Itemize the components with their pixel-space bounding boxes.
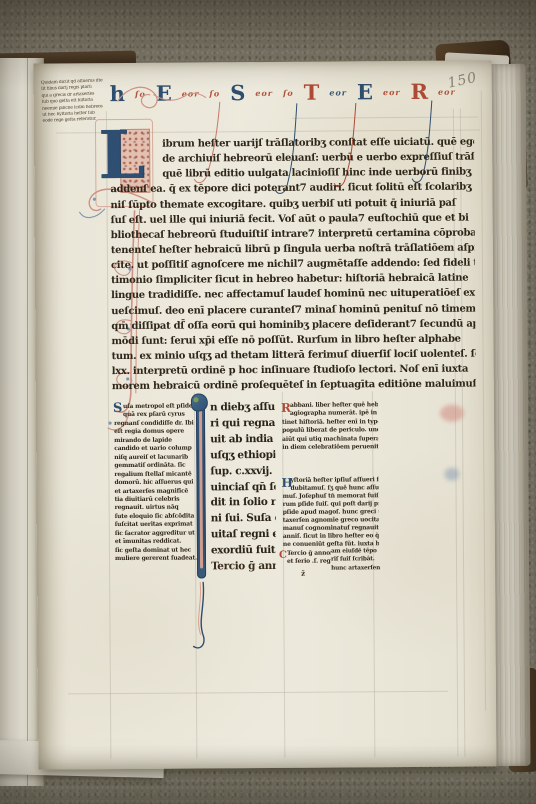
gloss-line: Tercio ḡ annor: [283, 550, 331, 559]
gloss-line: et ſerio .ſ. regni: [283, 558, 331, 567]
gloss-initial-r: R: [281, 401, 291, 415]
running-title-letter: R: [411, 79, 429, 105]
running-title: hſoEeorſoSeorſoTeorEeorReor: [110, 79, 456, 115]
ruling-line-horizontal: [68, 691, 448, 695]
gloss-line: ſuſcitat ueritas exprimat: [115, 521, 197, 530]
bible-line: ri qui regna: [210, 416, 275, 432]
bible-line: uit ab india: [210, 432, 275, 448]
gloss-left-lines: uſa metropol eſt pſidequā rex pſarū cyru…: [114, 402, 197, 563]
bible-line: dit in ſolio reg: [211, 495, 276, 511]
gloss-right-tail: am eiuſdē tēporiſ ſuiſ ſcribāt.hunc arta…: [331, 547, 381, 573]
decorated-initial-i: I: [193, 398, 209, 584]
gloss-line: gemmatiſ ordināta. ſic: [114, 462, 196, 471]
gloss-line: riſ ſuiſ ſcribāt.: [331, 556, 381, 565]
gloss-right-paragraph-1: R abbani. liber heſter quē hebrei intera…: [282, 401, 378, 452]
gloss-line: hunc artaxerſen: [331, 564, 381, 573]
parchment-page: 150 Quidam dicūt qd aſſuerus iſteſit fil…: [34, 60, 497, 769]
running-title-letter: E: [357, 79, 373, 105]
gloss-line: am eiuſdē tēpo: [331, 547, 381, 556]
gloss-line: muliere gererent ſuadeat.: [115, 555, 197, 564]
gloss-line: et artaxerſes magnificē: [115, 487, 197, 496]
bible-line: exordiū fuit.: [211, 543, 276, 559]
running-title-letter: eor: [329, 87, 347, 97]
running-title-letter: S: [230, 80, 245, 106]
gloss-line: eſt regia domus opere: [114, 428, 196, 437]
bible-line: uſqʒ ethiopiā: [210, 448, 275, 464]
prologue-text-block: ibrum heſter uarijſ trāſlatoribʒ conſtat…: [110, 135, 476, 400]
mini-note-mark: z̃: [301, 569, 305, 578]
gloss-line: candido et uario colump: [114, 445, 196, 454]
gloss-right-paragraph-2: H yſtoriā heſter ipſiuſ aſſueri fuiſſe n…: [282, 476, 379, 549]
gloss-right-column: R abbani. liber heſter quē hebrei intera…: [282, 401, 379, 582]
gloss-right-p2-lines: yſtoriā heſter ipſiuſ aſſueri fuiſſe nōd…: [282, 476, 379, 549]
ruling-line-horizontal: [292, 117, 478, 119]
running-title-letter: T: [304, 80, 320, 106]
bible-line: n diebʒ aſſue: [210, 400, 275, 416]
gloss-left-column: S uſa metropol eſt pſidequā rex pſarū cy…: [114, 402, 197, 575]
gloss-right-mini-note: C Tercio ḡ annoret ſerio .ſ. regni z̃: [283, 550, 331, 567]
initial-i-beast-head: [191, 393, 208, 411]
ruling-line-vertical: [481, 90, 486, 710]
gloss-line: in diem celebratiōem peruenit in poſtero…: [282, 443, 378, 452]
prologue-line: morem hebraicū ordinē proſequēteſ in ſep…: [112, 377, 476, 395]
bible-line: uitaſ regni ei⁹: [211, 527, 276, 543]
manuscript-photo: 150 Quidam dicūt qd aſſuerus iſteſit fil…: [0, 0, 536, 804]
bible-text-column: I n diebʒ aſſueri qui regnauit ab indiau…: [193, 398, 276, 589]
running-title-letter: ſo: [135, 89, 146, 99]
running-title-letter: eor: [438, 87, 456, 97]
red-paraph-mark: C: [279, 550, 287, 561]
running-title-letter: h: [110, 81, 125, 107]
bible-line: Tercio ḡ anno: [211, 559, 276, 575]
show-through-smudge-blue: [444, 468, 459, 481]
gloss-initial-h: H: [281, 476, 292, 490]
mini-note-lines: Tercio ḡ annoret ſerio .ſ. regni: [283, 550, 331, 567]
page-crease: [27, 58, 28, 786]
gloss-line: ſic ſacrator aggreditur ut: [115, 529, 197, 538]
running-title-letter: ſo: [283, 88, 294, 98]
bible-line: uinciaſ qn̄ ſe: [210, 479, 275, 495]
running-title-letter: eor: [255, 88, 273, 98]
bible-lines: n diebʒ aſſueri qui regnauit ab indiauſq…: [210, 400, 276, 575]
running-title-letter: E: [156, 81, 172, 107]
bible-line: ſup. c.xxvij. p: [210, 464, 275, 480]
running-title-letter: eor: [182, 88, 200, 98]
bible-line: ni ſui. Suſa ci: [211, 511, 276, 527]
running-title-letter: ſo: [209, 88, 220, 98]
gloss-right-p1-lines: abbani. liber heſter quē hebrei interagi…: [282, 401, 378, 452]
show-through-smudge-pink: [440, 405, 464, 422]
gloss-line: domorū. hic aſſuerus qui: [114, 479, 196, 488]
running-title-letter: eor: [383, 87, 401, 97]
